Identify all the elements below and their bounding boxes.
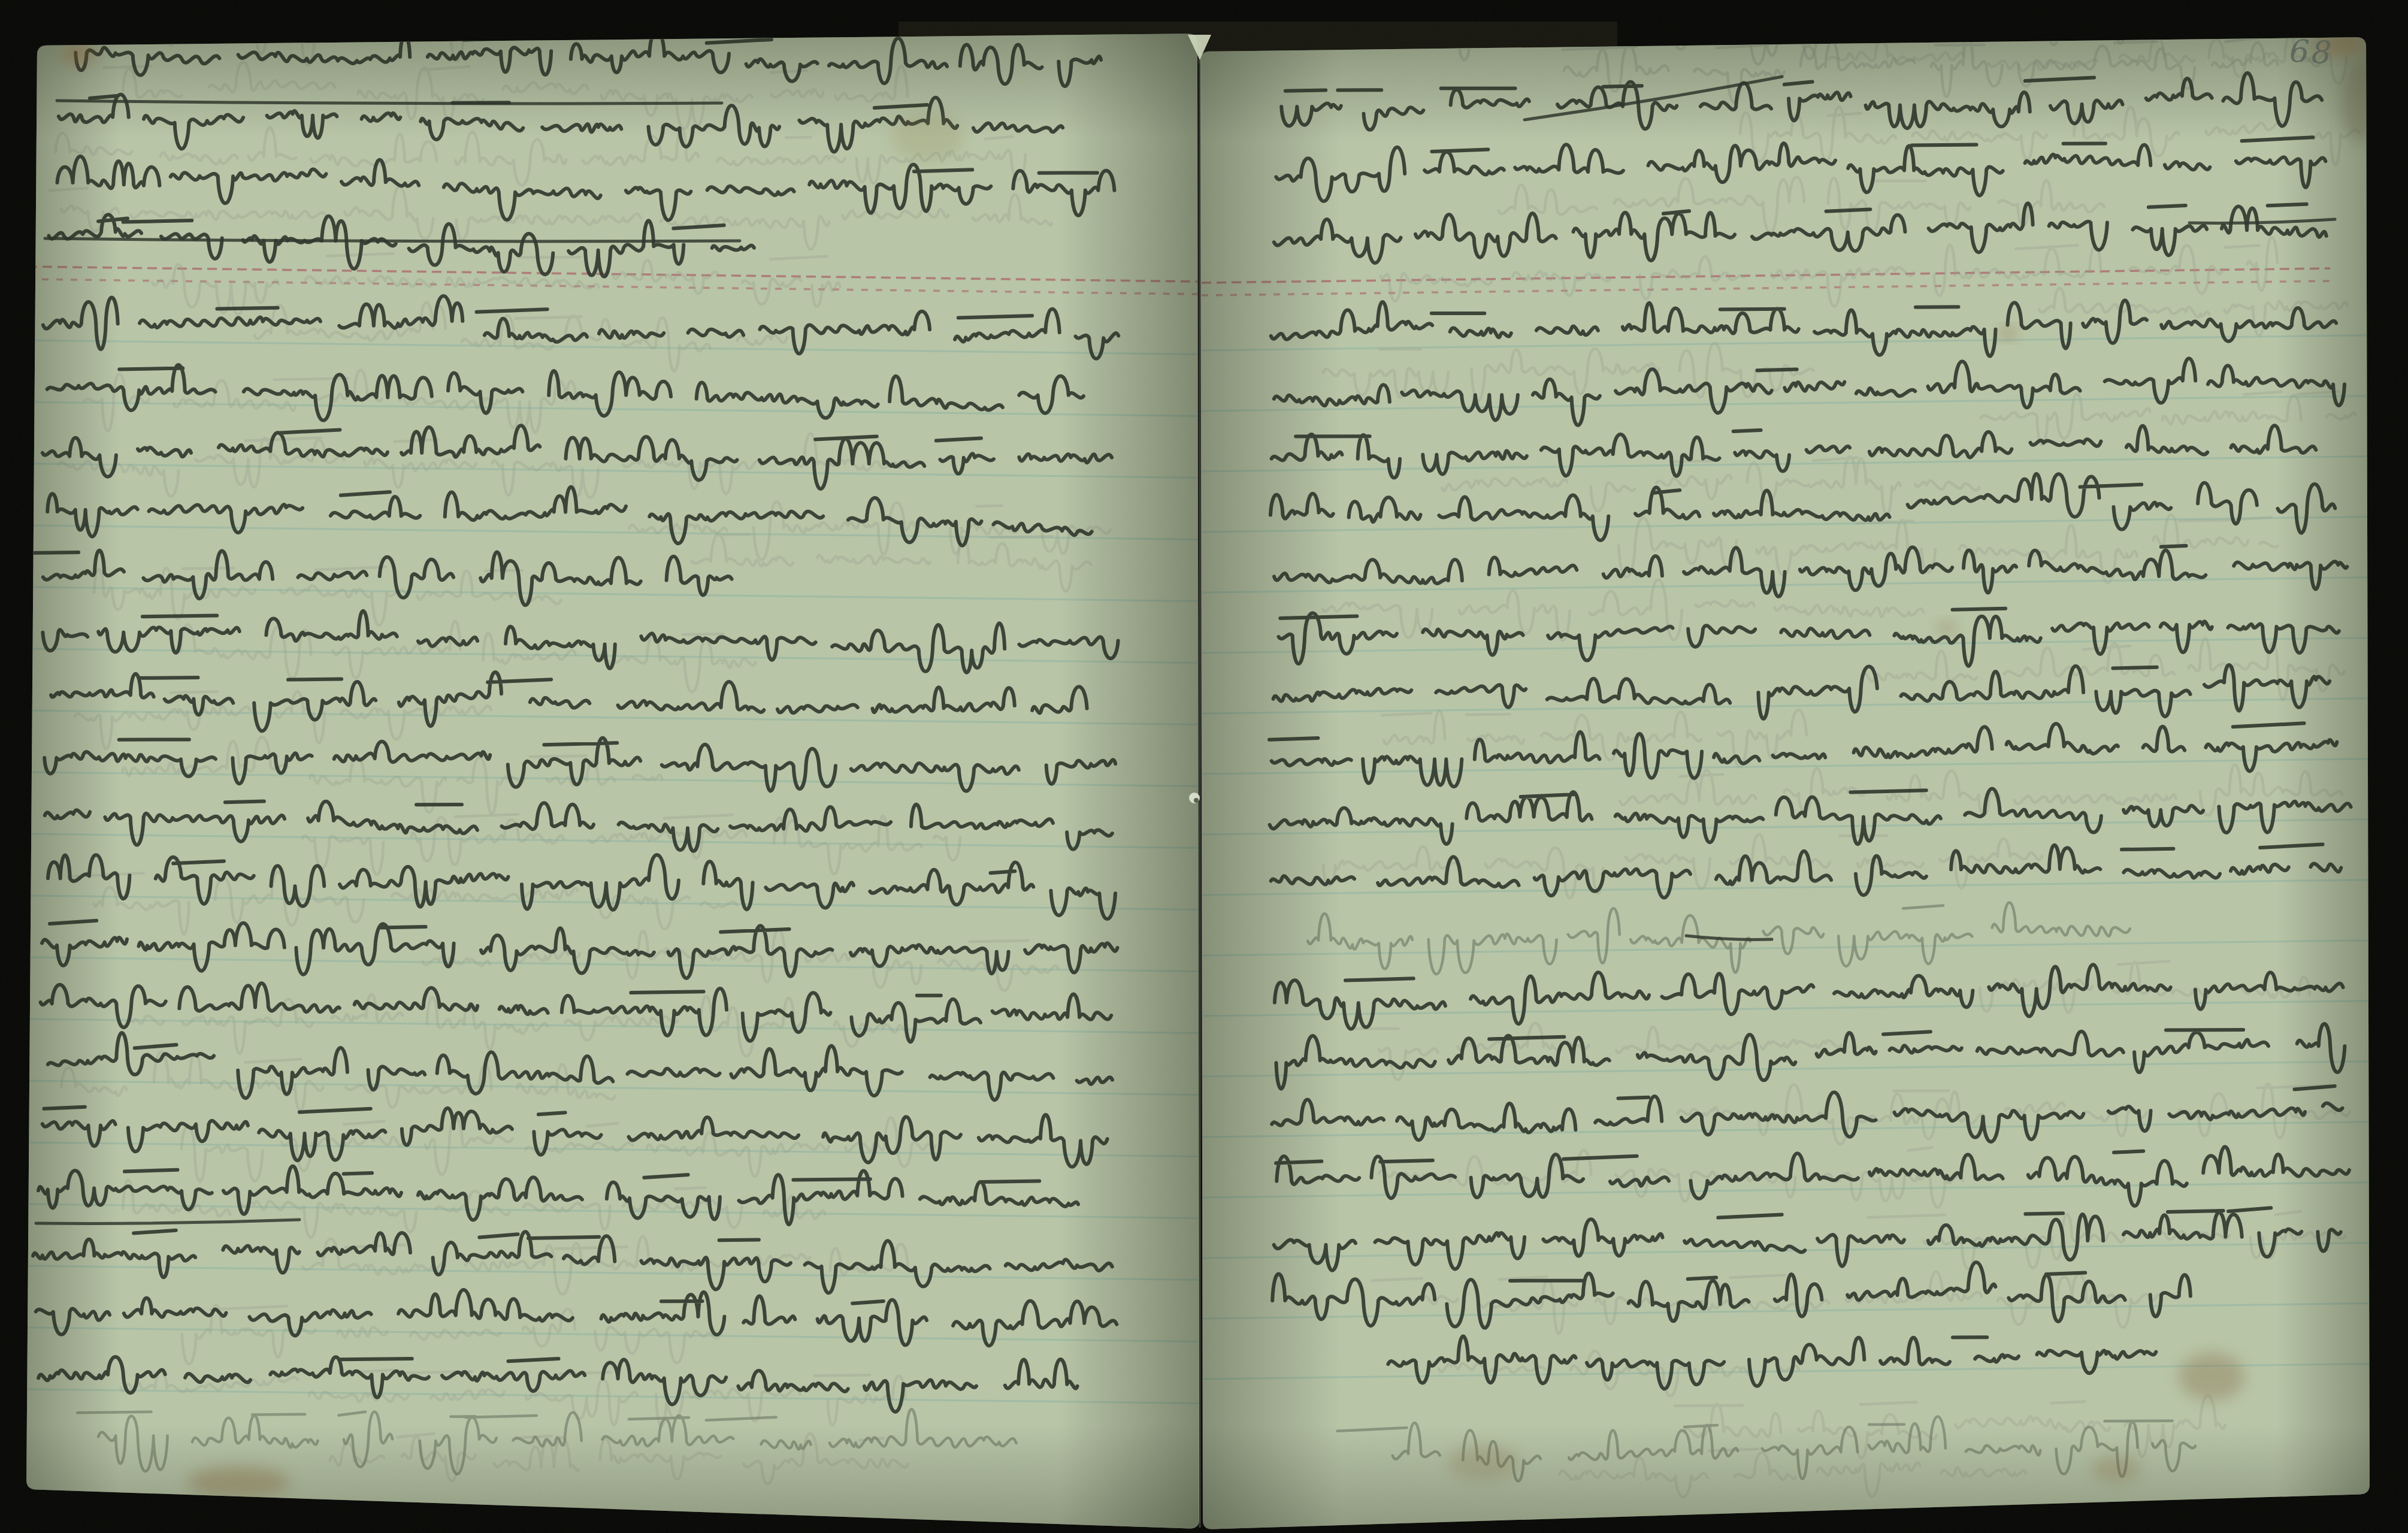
- page-number: 68: [2289, 36, 2345, 70]
- notebook-scan-image: [0, 0, 2408, 1533]
- notebook-scan: 68: [0, 0, 2408, 1533]
- scan-grain: [0, 0, 2408, 1533]
